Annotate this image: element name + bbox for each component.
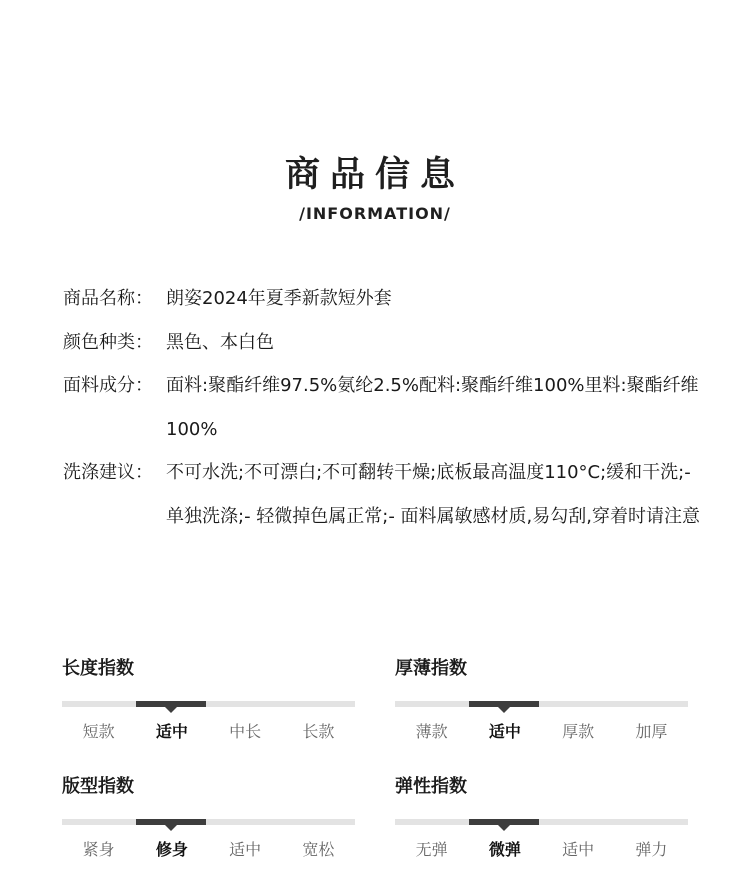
- index-option: 无弹: [395, 837, 468, 860]
- section-title: 商品信息: [0, 147, 750, 197]
- info-label: 颜色种类：: [63, 321, 166, 365]
- indicator-arrow-icon: [498, 825, 510, 831]
- index-option-selected: 适中: [468, 719, 541, 742]
- index-indicator: [136, 819, 206, 825]
- info-label: 洗涤建议：: [63, 451, 166, 538]
- index-option: 长款: [282, 719, 355, 742]
- info-row-colors: 颜色种类： 黑色、本白色: [63, 321, 703, 365]
- index-option: 弹力: [615, 837, 688, 860]
- index-track: [62, 819, 355, 825]
- info-row-fabric: 面料成分： 面料:聚酯纤维97.5%氨纶2.5%配料:聚酯纤维100%里料:聚酯…: [63, 364, 703, 451]
- indicator-arrow-icon: [165, 707, 177, 713]
- index-option-selected: 适中: [135, 719, 208, 742]
- indicator-arrow-icon: [165, 825, 177, 831]
- info-value: 黑色、本白色: [166, 321, 703, 365]
- info-value: 面料:聚酯纤维97.5%氨纶2.5%配料:聚酯纤维100%里料:聚酯纤维100%: [166, 364, 703, 451]
- index-indicator: [469, 701, 539, 707]
- index-option: 宽松: [282, 837, 355, 860]
- index-option: 厚款: [542, 719, 615, 742]
- elasticity-index: 弹性指数 无弹 微弹 适中 弹力: [395, 775, 688, 860]
- index-option: 适中: [209, 837, 282, 860]
- index-option: 薄款: [395, 719, 468, 742]
- index-option-selected: 微弹: [468, 837, 541, 860]
- index-indicator: [469, 819, 539, 825]
- index-title: 长度指数: [62, 657, 355, 681]
- index-track: [395, 701, 688, 707]
- length-index: 长度指数 短款 适中 中长 长款: [62, 657, 355, 742]
- index-option: 加厚: [615, 719, 688, 742]
- info-label: 商品名称：: [63, 277, 166, 321]
- info-row-product-name: 商品名称： 朗姿2024年夏季新款短外套: [63, 277, 703, 321]
- info-value: 朗姿2024年夏季新款短外套: [166, 277, 703, 321]
- index-options: 紧身 修身 适中 宽松: [62, 837, 355, 860]
- index-options: 薄款 适中 厚款 加厚: [395, 719, 688, 742]
- index-title: 弹性指数: [395, 775, 688, 799]
- index-option-selected: 修身: [135, 837, 208, 860]
- fit-index: 版型指数 紧身 修身 适中 宽松: [62, 775, 355, 860]
- index-option: 紧身: [62, 837, 135, 860]
- index-option: 适中: [542, 837, 615, 860]
- index-title: 厚薄指数: [395, 657, 688, 681]
- product-info-list: 商品名称： 朗姿2024年夏季新款短外套 颜色种类： 黑色、本白色 面料成分： …: [63, 277, 703, 538]
- index-option: 短款: [62, 719, 135, 742]
- info-label: 面料成分：: [63, 364, 166, 451]
- thickness-index: 厚薄指数 薄款 适中 厚款 加厚: [395, 657, 688, 742]
- index-track: [62, 701, 355, 707]
- index-option: 中长: [209, 719, 282, 742]
- index-indicator: [136, 701, 206, 707]
- section-subtitle: /INFORMATION/: [0, 204, 750, 223]
- info-row-washing: 洗涤建议： 不可水洗;不可漂白;不可翻转干燥;底板最高温度110°C;缓和干洗;…: [63, 451, 703, 538]
- index-track: [395, 819, 688, 825]
- index-options: 无弹 微弹 适中 弹力: [395, 837, 688, 860]
- index-title: 版型指数: [62, 775, 355, 799]
- indicator-arrow-icon: [498, 707, 510, 713]
- index-options: 短款 适中 中长 长款: [62, 719, 355, 742]
- info-value: 不可水洗;不可漂白;不可翻转干燥;底板最高温度110°C;缓和干洗;- 单独洗涤…: [166, 451, 703, 538]
